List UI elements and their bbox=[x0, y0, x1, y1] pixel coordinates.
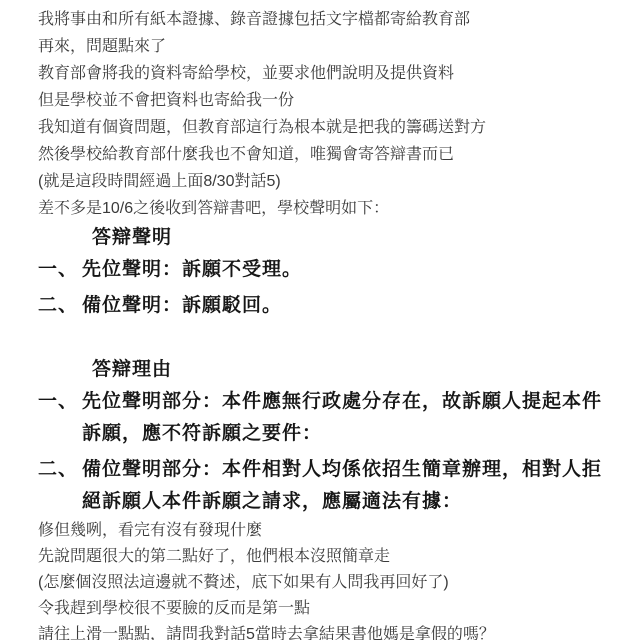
commentary-top: 我將事由和所有紙本證據、錄音證據包括文字檔都寄給教育部 再來，問題點來了 教育部… bbox=[38, 6, 603, 222]
commentary-bottom: 修但幾咧，看完有沒有發現什麼 先說問題很大的第二點好了，他們根本沒照簡章走 (怎… bbox=[38, 518, 603, 640]
item-text-line: 備位聲明部分：本件相對人均係依招生簡章辦理，相對人拒 bbox=[82, 454, 602, 486]
defense-statement-section: 答辯聲明 一、 先位聲明：訴願不受理。 二、 備位聲明：訴願駁回。 bbox=[38, 222, 603, 322]
item-text: 先位聲明部分：本件應無行政處分存在，故訴願人提起本件 訴願，應不符訴願之要件： bbox=[82, 386, 602, 450]
chat-line: 然後學校給教育部什麼我也不會知道，唯獨會寄答辯書而已 bbox=[38, 141, 603, 168]
item-number: 二、 bbox=[38, 290, 82, 322]
chat-line: 再來，問題點來了 bbox=[38, 33, 603, 60]
chat-line: 差不多是10/6之後收到答辯書吧，學校聲明如下： bbox=[38, 195, 603, 222]
item-number: 二、 bbox=[38, 454, 82, 518]
item-text: 備位聲明：訴願駁回。 bbox=[82, 290, 282, 322]
defense-reasons-heading: 答辯理由 bbox=[92, 354, 603, 386]
chat-line: 教育部會將我的資料寄給學校，並要求他們說明及提供資料 bbox=[38, 60, 603, 87]
chat-line: 請往上滑一點點，請問我對話5當時去拿結果書他媽是拿假的嗎？ bbox=[38, 622, 603, 640]
chat-line: (就是這段時間經過上面8/30對話5) bbox=[38, 168, 603, 195]
reasons-item-2: 二、 備位聲明部分：本件相對人均係依招生簡章辦理，相對人拒 絕訴願人本件訴願之請… bbox=[38, 454, 603, 518]
chat-line: 我知道有個資問題，但教育部這行為根本就是把我的籌碼送對方 bbox=[38, 114, 603, 141]
chat-line: 修但幾咧，看完有沒有發現什麼 bbox=[38, 518, 603, 544]
item-number: 一、 bbox=[38, 386, 82, 450]
item-text-line: 絕訴願人本件訴願之請求，應屬適法有據： bbox=[82, 486, 602, 518]
statement-item-1: 一、 先位聲明：訴願不受理。 bbox=[38, 254, 603, 286]
defense-reasons-section: 答辯理由 一、 先位聲明部分：本件應無行政處分存在，故訴願人提起本件 訴願，應不… bbox=[38, 354, 603, 518]
chat-line: 先說問題很大的第二點好了，他們根本沒照簡章走 bbox=[38, 544, 603, 570]
chat-line: 但是學校並不會把資料也寄給我一份 bbox=[38, 87, 603, 114]
post-content: 我將事由和所有紙本證據、錄音證據包括文字檔都寄給教育部 再來，問題點來了 教育部… bbox=[0, 0, 623, 640]
item-text: 先位聲明：訴願不受理。 bbox=[82, 254, 302, 286]
chat-line: 令我趕到學校很不要臉的反而是第一點 bbox=[38, 596, 603, 622]
chat-line: 我將事由和所有紙本證據、錄音證據包括文字檔都寄給教育部 bbox=[38, 6, 603, 33]
item-text-line: 先位聲明部分：本件應無行政處分存在，故訴願人提起本件 bbox=[82, 386, 602, 418]
item-number: 一、 bbox=[38, 254, 82, 286]
reasons-item-1: 一、 先位聲明部分：本件應無行政處分存在，故訴願人提起本件 訴願，應不符訴願之要… bbox=[38, 386, 603, 450]
statement-item-2: 二、 備位聲明：訴願駁回。 bbox=[38, 290, 603, 322]
chat-line: (怎麼個沒照法這邊就不贅述，底下如果有人問我再回好了) bbox=[38, 570, 603, 596]
defense-statement-heading: 答辯聲明 bbox=[92, 222, 603, 254]
item-text-line: 訴願，應不符訴願之要件： bbox=[82, 418, 602, 450]
item-text: 備位聲明部分：本件相對人均係依招生簡章辦理，相對人拒 絕訴願人本件訴願之請求，應… bbox=[82, 454, 602, 518]
